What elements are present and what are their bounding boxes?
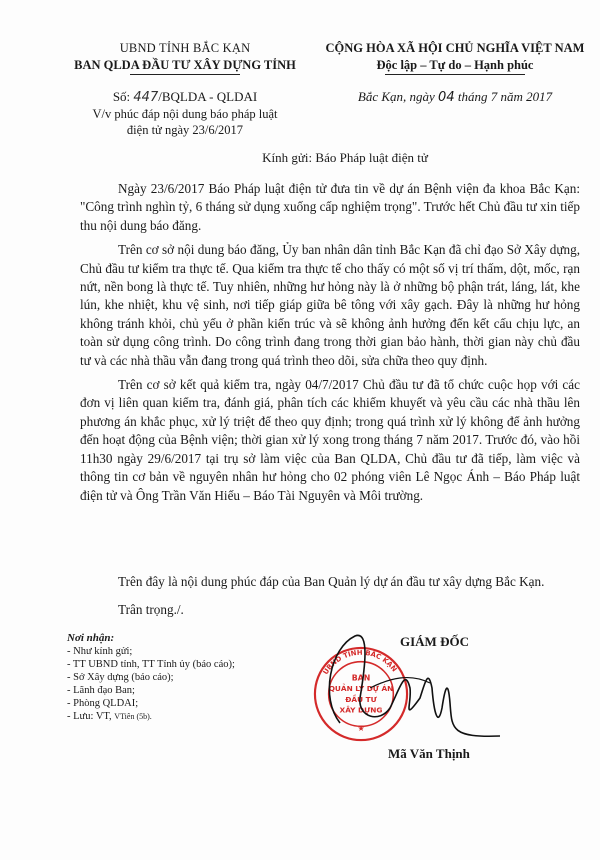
- archive-note: VTiên (5b).: [114, 712, 151, 721]
- closing-paragraph: Trên đây là nội dung phúc đáp của Ban Qu…: [80, 573, 580, 591]
- national-motto: Độc lập – Tự do – Hạnh phúc: [310, 57, 600, 74]
- date-day-handwritten: 04: [438, 90, 455, 105]
- ref-suffix: /BQLDA - QLDAI: [158, 89, 257, 104]
- reference-number: Số: 447/BQLDA - QLDAI: [60, 89, 310, 106]
- subject-line-1: V/v phúc đáp nội dung báo pháp luật: [60, 106, 310, 122]
- signer-name: Mã Văn Thịnh: [388, 746, 470, 762]
- distribution-item: - Lãnh đạo Ban;: [67, 684, 235, 697]
- distribution-item: - Lưu: VT, VTiên (5b).: [67, 710, 235, 723]
- authority-name: UBND TỈNH BẮC KẠN: [60, 40, 310, 57]
- distribution-item: - Như kính gửi;: [67, 645, 235, 658]
- handwritten-signature-icon: [310, 628, 500, 748]
- date-suffix: tháng 7 năm 2017: [455, 89, 553, 104]
- date-prefix: Bắc Kạn, ngày: [358, 89, 438, 104]
- salutation: Kính gửi: Báo Pháp luật điện tử: [60, 150, 590, 166]
- body-paragraph: Trên cơ sở nội dung báo đăng, Ủy ban nhâ…: [80, 241, 580, 370]
- body-paragraph: Trên cơ sở kết quả kiểm tra, ngày 04/7/2…: [80, 376, 580, 505]
- subject-line-2: điện tử ngày 23/6/2017: [60, 122, 310, 138]
- distribution-item: - Sở Xây dựng (báo cáo);: [67, 671, 235, 684]
- nation-name: CỘNG HÒA XÃ HỘI CHỦ NGHĨA VIỆT NAM: [310, 40, 600, 57]
- distribution-item: - Phòng QLDAI;: [67, 697, 235, 710]
- national-header-block: CỘNG HÒA XÃ HỘI CHỦ NGHĨA VIỆT NAM Độc l…: [310, 40, 600, 106]
- issuing-authority-block: UBND TỈNH BẮC KẠN BAN QLDA ĐẦU TƯ XÂY DỰ…: [60, 40, 310, 138]
- office-name: BAN QLDA ĐẦU TƯ XÂY DỰNG TỈNH: [60, 57, 310, 74]
- archive-label: - Lưu: VT,: [67, 711, 114, 722]
- ref-number-handwritten: 447: [133, 90, 158, 105]
- letter-body: Ngày 23/6/2017 Báo Pháp luật điện tử đưa…: [80, 180, 580, 511]
- distribution-list: Nơi nhận: - Như kính gửi; - TT UBND tỉnh…: [67, 632, 235, 723]
- body-paragraph: Ngày 23/6/2017 Báo Pháp luật điện tử đưa…: [80, 180, 580, 235]
- document-date: Bắc Kạn, ngày 04 tháng 7 năm 2017: [310, 89, 600, 106]
- distribution-title: Nơi nhận:: [67, 632, 235, 645]
- motto-underline: [385, 74, 525, 75]
- header-underline: [130, 74, 240, 75]
- regards: Trân trọng./.: [118, 602, 184, 618]
- distribution-item: - TT UBND tỉnh, TT Tỉnh ủy (báo cáo);: [67, 658, 235, 671]
- ref-prefix: Số:: [113, 89, 134, 104]
- closing-text: Trên đây là nội dung phúc đáp của Ban Qu…: [80, 573, 580, 591]
